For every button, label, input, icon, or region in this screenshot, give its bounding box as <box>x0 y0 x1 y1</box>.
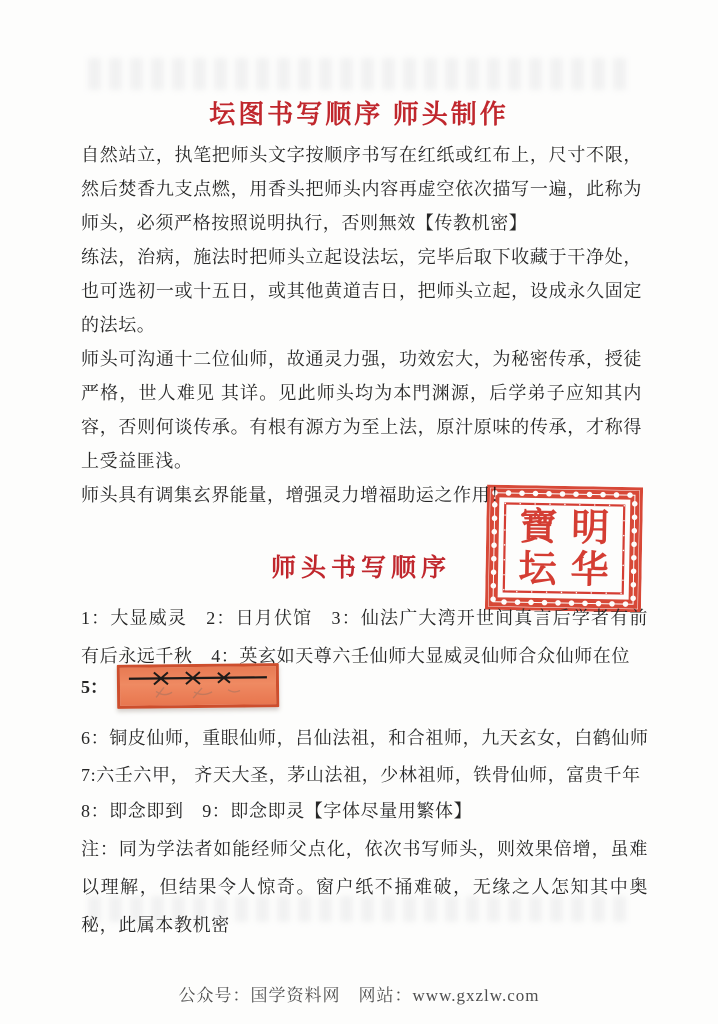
list-item-5: 5： <box>81 664 279 708</box>
section-title: 师头书写顺序 <box>80 548 642 584</box>
page-footer: 公众号：国学资料网 网站：www.gxzlw.com <box>0 981 718 1006</box>
note-paragraph: 注：同为学法者如能经师父点化，依次书写师头，则效果倍增，虽难以理解，但结果令人惊… <box>81 830 648 944</box>
seal-char-top-right: 明 <box>564 507 617 550</box>
main-title: 坛图书写顺序 师头制作 <box>0 94 718 131</box>
talisman-line-drawing <box>120 666 276 706</box>
list-items-8-9: 8：即念即到 9：即念即灵【字体尽量用繁体】 <box>81 797 472 823</box>
paragraph-altar-usage: 练法，治病，施法时把师头立起设法坛，完毕后取下收藏于干净处，也可选初一或十五日，… <box>81 240 642 342</box>
paragraph-lineage: 师头可沟通十二位仙师，故通灵力强，功效宏大，为秘密传承，授徒严格，世人难见 其详… <box>81 342 642 478</box>
seal-char-top-left: 寶 <box>512 506 565 549</box>
item5-label: 5： <box>81 673 108 699</box>
list-item-6: 6：铜皮仙师，重眼仙师，吕仙法祖，和合祖师，九天玄女，白鹤仙师 <box>81 724 649 750</box>
page-bleedthrough-artifact-top <box>88 58 633 90</box>
paragraph-making-instructions: 自然站立，执笔把师头文字按顺序书写在红纸或红布上，尺寸不限，然后焚香九支点燃，用… <box>81 138 642 240</box>
document-page: 坛图书写顺序 师头制作 自然站立，执笔把师头文字按顺序书写在红纸或红布上，尺寸不… <box>0 0 718 1024</box>
list-item-7: 7:六壬六甲， 齐天大圣，茅山法祖，少林祖师，铁骨仙师，富贵千年 <box>81 761 641 787</box>
talisman-strip-image <box>117 663 279 709</box>
intro-section: 自然站立，执笔把师头文字按顺序书写在红纸或红布上，尺寸不限，然后焚香九支点燃，用… <box>81 138 642 512</box>
